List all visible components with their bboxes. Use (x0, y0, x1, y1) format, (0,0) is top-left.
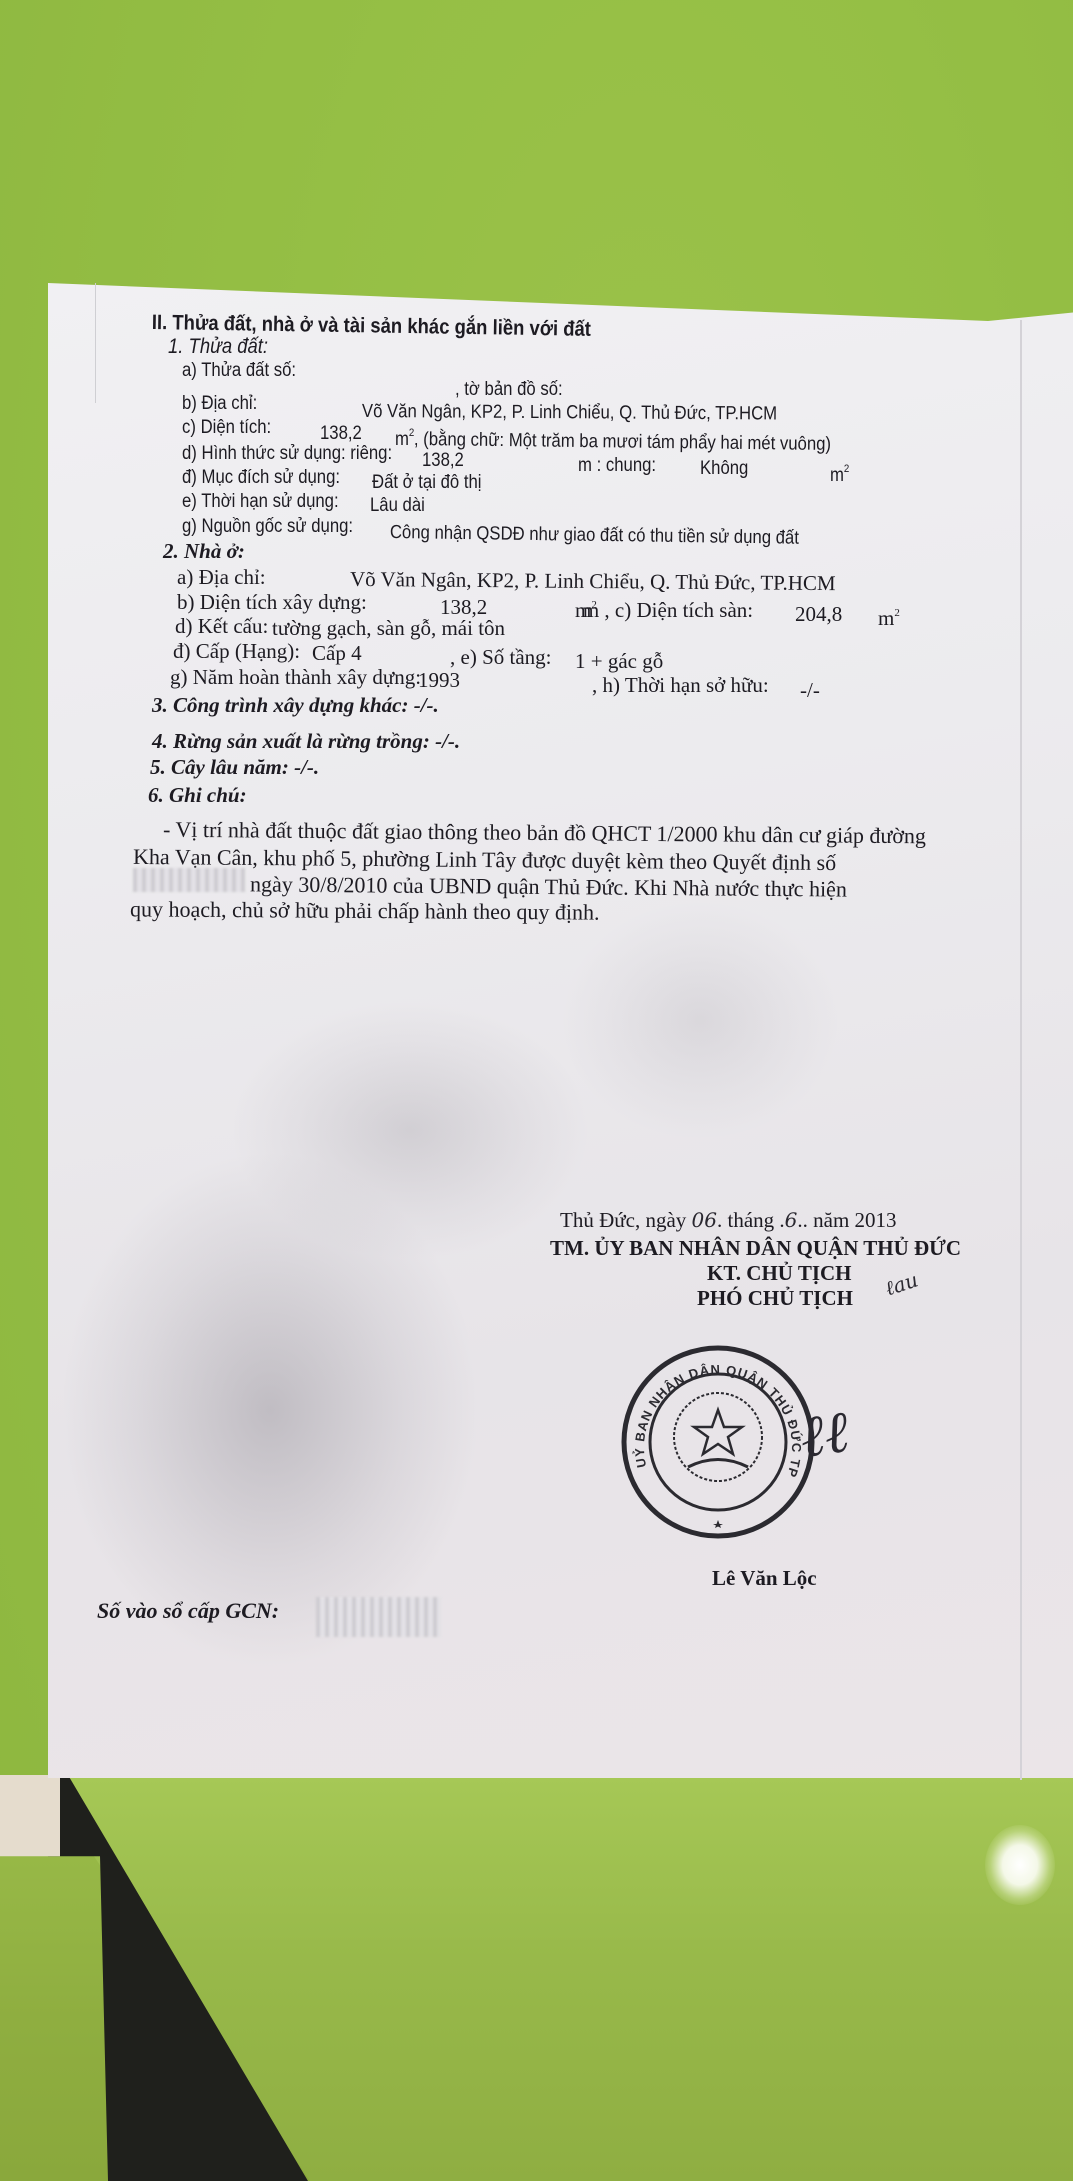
ownership-term-value: -/- (800, 680, 820, 701)
usage-shared-value: Không (700, 459, 748, 478)
paper-margin-line (95, 283, 96, 403)
place-date-prefix: Thủ Đức, ngày (560, 1208, 686, 1232)
structure-value: tường gạch, sàn gỗ, mái tôn (272, 618, 505, 639)
floors-value: 1 + gác gỗ (575, 651, 663, 672)
land-heading: 1. Thửa đất: (168, 336, 268, 357)
forest: 4. Rừng sản xuất là rừng trồng: -/-. (152, 731, 460, 752)
note-line: ngày 30/8/2010 của UBND quận Thủ Đức. Kh… (250, 873, 847, 900)
map-sheet-label: , tờ bản đồ số: (455, 380, 563, 399)
floor-area-label: m2m , c) Diện tích sàn: (575, 600, 753, 621)
usage-form-label: d) Hình thức sử dụng: riêng: (182, 444, 392, 463)
notes-heading: 6. Ghi chú: (148, 785, 247, 806)
grade-value: Cấp 4 (312, 643, 362, 664)
redacted-decision-number (133, 868, 245, 892)
term-label: e) Thời hạn sử dụng: (182, 492, 339, 511)
land-address-label: b) Địa chỉ: (182, 394, 257, 413)
ownership-term-label: , h) Thời hạn sở hữu: (592, 675, 769, 696)
signing-place-date: Thủ Đức, ngày 06. tháng .6.. năm 2013 (560, 1210, 897, 1231)
floor-area-label-text: m , c) Diện tích sàn: (583, 598, 753, 622)
signer-role-line1: KT. CHỦ TỊCH (707, 1263, 852, 1284)
build-area-value: 138,2 (440, 597, 487, 618)
land-area-unit: m2 (395, 428, 414, 449)
land-address-value: Võ Văn Ngân, KP2, P. Linh Chiểu, Q. Thủ … (362, 402, 777, 423)
registry-label: Số vào sổ cấp GCN: (97, 1600, 279, 1622)
signer-name: Lê Văn Lộc (712, 1568, 817, 1589)
purpose-value: Đất ở tại đô thị (372, 473, 481, 492)
floor-area-value: 204,8 (795, 604, 842, 625)
house-address-value: Võ Văn Ngân, KP2, P. Linh Chiểu, Q. Thủ … (350, 569, 836, 594)
unit-text: m (830, 465, 844, 486)
month-label: tháng (727, 1208, 774, 1232)
unit-text: m (395, 429, 409, 450)
note-line: quy hoạch, chủ sở hữu phải chấp hành the… (130, 898, 600, 923)
main-signature: ℓℓ (796, 1397, 853, 1471)
usage-shared-label: m : chung: (578, 456, 656, 475)
land-area-words: , (bằng chữ: Một trăm ba mươi tám phẩy h… (414, 430, 831, 454)
perennial-trees: 5. Cây lâu năm: -/-. (150, 757, 319, 778)
term-value: Lâu dài (370, 496, 425, 515)
house-heading: 2. Nhà ở: (163, 541, 245, 562)
land-area-value: 138,2 (320, 424, 362, 443)
origin-label: g) Nguồn gốc sử dụng: (182, 517, 353, 536)
year-label: năm 2013 (813, 1208, 896, 1232)
issuing-authority: TM. ỦY BAN NHÂN DÂN QUẬN THỦ ĐỨC (550, 1238, 961, 1259)
purpose-label: đ) Mục đích sử dụng: (182, 468, 340, 487)
floor-area-unit: m2 (878, 608, 900, 629)
parcel-no-label: a) Thửa đất số: (182, 361, 296, 380)
house-address-label: a) Địa chỉ: (177, 567, 266, 588)
grade-label: đ) Cấp (Hạng): (173, 641, 300, 662)
floors-label: , e) Số tầng: (450, 647, 551, 668)
year-label: g) Năm hoàn thành xây dựng: (170, 667, 421, 688)
year-value: 1993 (418, 670, 460, 691)
build-area-label: b) Diện tích xây dựng: (177, 592, 367, 613)
unit-text: m (878, 606, 894, 630)
usage-private-value: 138,2 (422, 451, 464, 470)
other-works: 3. Công trình xây dựng khác: -/-. (152, 695, 439, 716)
redacted-registry-number (316, 1597, 441, 1637)
signer-role-line2: PHÓ CHỦ TỊCH (697, 1288, 853, 1309)
official-seal-icon: UỶ BAN NHÂN DÂN QUẬN THỦ ĐỨC TP HỒ CHÍ M… (618, 1342, 818, 1542)
light-glare (985, 1825, 1055, 1905)
handwritten-month: 6 (785, 1208, 798, 1232)
structure-label: d) Kết cấu: (175, 616, 268, 637)
land-area-label: c) Diện tích: (182, 418, 271, 437)
handwritten-day: 06 (692, 1208, 717, 1232)
usage-shared-unit: m2 (830, 464, 849, 485)
paper-fold-line (1020, 320, 1022, 1780)
